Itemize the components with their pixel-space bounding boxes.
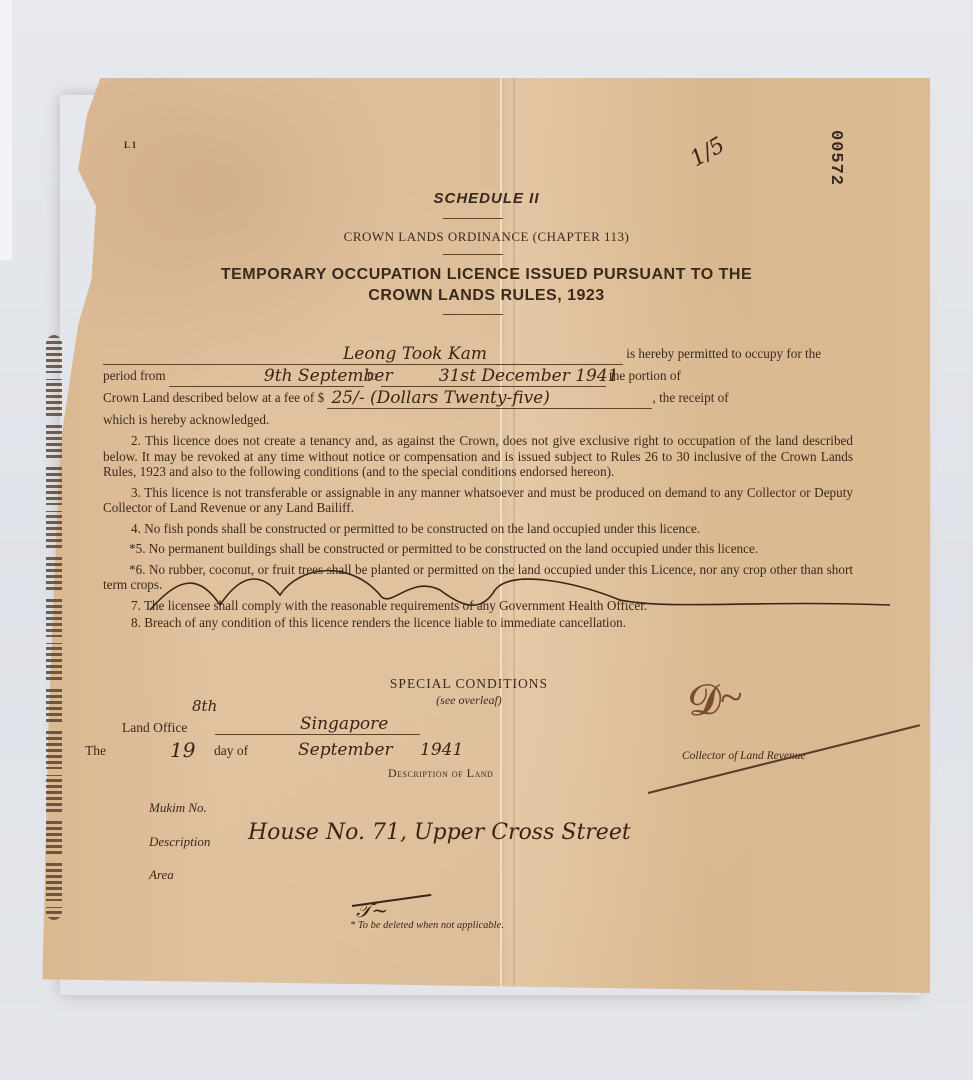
licensee-paragraph: Leong Took Kam is hereby permitted to oc…: [103, 343, 853, 431]
text: the portion of: [609, 368, 681, 383]
background-edge: [0, 0, 12, 260]
special-conditions-heading: SPECIAL CONDITIONS: [0, 676, 938, 692]
licensee-name-field: Leong Took Kam: [103, 350, 623, 365]
divider: [443, 218, 503, 219]
ordinance-heading: CROWN LANDS ORDINANCE (CHAPTER 113): [0, 229, 973, 245]
footnote: * To be deleted when not applicable.: [350, 920, 504, 931]
serial-number: 00572: [826, 130, 845, 186]
text: , the receipt of: [652, 390, 728, 405]
see-overleaf-note: (see overleaf): [0, 693, 938, 708]
fee-label: Crown Land described below at a fee of $: [103, 390, 324, 405]
condition-item: *5. No permanent buildings shall be cons…: [103, 541, 853, 557]
period-to-field: 31st December 1941: [381, 372, 606, 387]
fee-field: 25/- (Dollars Twenty-five): [327, 394, 652, 409]
collector-label: Collector of Land Revenue: [682, 750, 806, 762]
land-description-value: House No. 71, Upper Cross Street: [248, 820, 631, 845]
text: is hereby permitted to occupy for the: [626, 346, 821, 361]
land-office-value: Singapore: [300, 714, 388, 734]
land-office-label: Land Office: [122, 720, 187, 736]
fee-amount: 25/- (Dollars Twenty-five): [331, 387, 549, 409]
form-code: L 1: [124, 140, 136, 150]
issue-year: 1941: [420, 740, 463, 760]
period-from: 9th September: [264, 365, 393, 387]
issue-day: 19: [170, 738, 195, 762]
period-label: period from: [103, 368, 166, 383]
divider: [443, 254, 503, 255]
land-office-line: [215, 734, 420, 735]
divider: [443, 314, 503, 315]
description-of-land-heading: Description of Land: [388, 766, 493, 781]
collector-signature: 𝓓~: [686, 673, 746, 726]
condition-item: 2. This licence does not create a tenanc…: [103, 433, 853, 480]
period-to: 31st December 1941: [439, 365, 619, 387]
strike-through-scribble: [150, 565, 900, 625]
document-title: TEMPORARY OCCUPATION LICENCE ISSUED PURS…: [0, 264, 973, 306]
the-label: The: [85, 743, 106, 759]
period-from-field: 9th September: [169, 372, 364, 387]
title-line-2: CROWN LANDS RULES, 1923: [0, 285, 973, 306]
description-label: Description: [149, 834, 210, 850]
decorative-border: [46, 335, 62, 920]
area-label: Area: [149, 867, 174, 883]
acknowledgement: which is hereby acknowledged.: [103, 409, 853, 431]
licensee-name: Leong Took Kam: [343, 343, 487, 365]
mukim-label: Mukim No.: [149, 800, 207, 816]
condition-item: 4. No fish ponds shall be constructed or…: [103, 521, 853, 537]
title-line-1: TEMPORARY OCCUPATION LICENCE ISSUED PURS…: [0, 264, 973, 285]
schedule-heading: SCHEDULE II: [0, 190, 973, 207]
day-of-label: day of: [214, 743, 248, 759]
issue-month: September: [298, 740, 393, 760]
condition-item: 3. This licence is not transferable or a…: [103, 485, 853, 516]
land-office-mark: 8th: [192, 697, 217, 715]
